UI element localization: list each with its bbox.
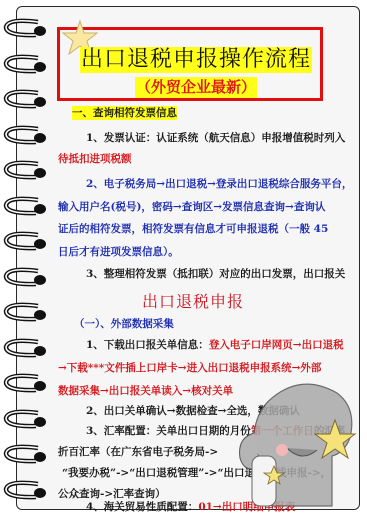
section1-heading: 一、查询相符发票信息 xyxy=(72,106,177,120)
section2-step3-line2: 折百汇率（在广东省电子税务局-> xyxy=(58,445,218,459)
section1-step2-line3: 证后的相符发票，相符发票有信息才可申报退税（一般 45 xyxy=(58,222,328,236)
section1-step1-red: 待抵扣进项税额 xyxy=(58,152,132,166)
section2-heading: 出口退税申报 xyxy=(142,289,244,312)
section1-step2-line1: 2、电子税务局→出口退税→登录出口退税综合服务平台， xyxy=(86,177,352,191)
spiral-ring-icon xyxy=(2,194,48,216)
section1-step2-line4: 日后才有进项发票信息）。 xyxy=(58,245,179,259)
spiral-ring-icon xyxy=(2,478,48,500)
section1-step3-text: 3、整理相符发票（抵扣联）对应的出口发票，出口报关 xyxy=(86,267,345,281)
spiral-ring-icon xyxy=(2,229,48,251)
spiral-ring-icon xyxy=(2,371,48,393)
section2-step1-line1: 1、下载出口报关单信息：登入电子口岸网页→出口退税 xyxy=(86,338,344,352)
spiral-ring-icon xyxy=(2,442,48,464)
spiral-ring-icon xyxy=(2,87,48,109)
spiral-ring-icon xyxy=(2,16,48,38)
spiral-ring-icon xyxy=(2,158,48,180)
section2-step1-red1: 登入电子口岸网页→出口退税 xyxy=(209,339,344,351)
spiral-ring-icon xyxy=(2,300,48,322)
spiral-ring-icon xyxy=(2,407,48,429)
spiral-ring-icon xyxy=(2,52,48,74)
section2-step1-line2: →下载***文件插上口岸卡→进入出口退税申报系统→外部 xyxy=(58,361,321,375)
section2-step1-prefix: 1、下载出口报关单信息： xyxy=(86,339,209,351)
page-subtitle: （外贸企业最新） xyxy=(135,77,257,98)
section2-step3-prefix: 3、汇率配置：关单出口日期的月份 xyxy=(86,425,251,437)
section1-step2-line2: 输入用户名(税号)，密码→查询区→发票信息查询→查询认 xyxy=(58,200,325,214)
elephant-illustration-icon xyxy=(232,378,367,513)
section2-step1-line3: 数据采集→出口报关单读入→核对关单 xyxy=(58,384,233,398)
section2-subheading: （一）、外部数据采集 xyxy=(74,317,174,331)
section2-step3-line4: 公众查询->汇率查询） xyxy=(58,487,166,501)
spiral-ring-icon xyxy=(2,123,48,145)
spiral-binding xyxy=(0,0,50,520)
section1-step1-text: 1、发票认证：认证系统（航天信息）申报增值税时列入 xyxy=(86,131,345,145)
section2-step4-prefix: 4、海关贸易性质配置： xyxy=(86,501,198,513)
page-title: 出口退税申报操作流程 xyxy=(80,47,312,73)
spiral-ring-icon xyxy=(2,265,48,287)
spiral-ring-icon xyxy=(2,336,48,358)
